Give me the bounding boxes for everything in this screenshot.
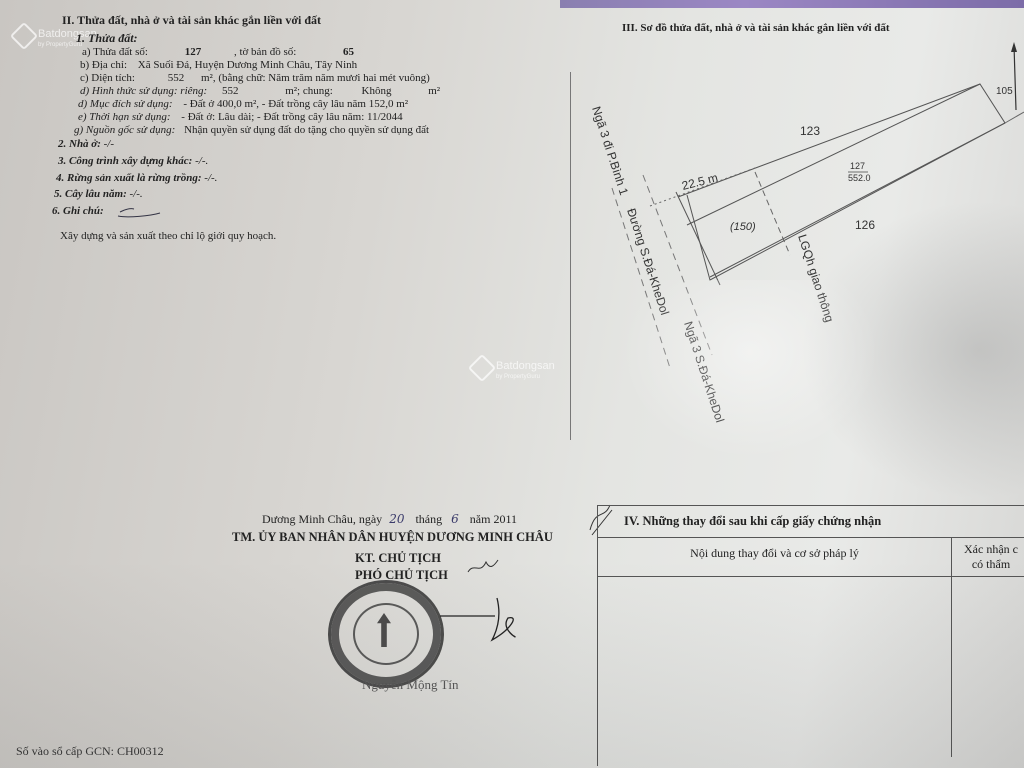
section4-title: IV. Những thay đổi sau khi cấp giấy chứn… <box>624 514 881 529</box>
registry-number: Số vào sổ cấp GCN: CH00312 <box>16 744 164 759</box>
column-header-confirmation: Xác nhận c có thẩm <box>964 542 1018 572</box>
note-mark <box>118 209 160 217</box>
registry-label: Số vào sổ cấp GCN: <box>16 744 114 758</box>
signer-name: Nguyễn Mộng Tín <box>362 677 459 693</box>
table-header-line <box>598 537 1024 538</box>
column-header-changes: Nội dung thay đổi và cơ sở pháp lý <box>598 546 951 561</box>
table-header-bottom-line <box>598 576 1024 577</box>
table-column-divider <box>951 537 952 757</box>
signature-stroke <box>440 598 515 640</box>
col2-line1: Xác nhận c <box>964 542 1018 557</box>
registry-value: CH00312 <box>117 744 164 758</box>
section4-table: IV. Những thay đổi sau khi cấp giấy chứn… <box>597 505 1024 766</box>
col2-line2: có thẩm <box>964 557 1018 572</box>
initial-signature <box>468 560 498 572</box>
